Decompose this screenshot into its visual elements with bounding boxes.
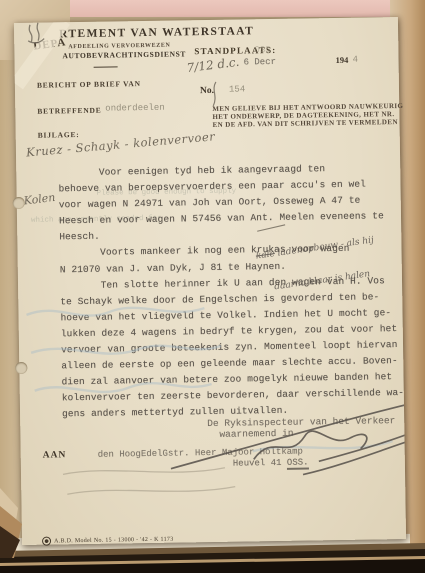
betreffende-label: BETREFFENDE (37, 106, 101, 116)
closing-line2: waarnemend in (219, 428, 293, 440)
paper-fold-crease (16, 20, 65, 85)
letterhead-rule (94, 66, 118, 67)
text-line: EN DE AFD. VAN DIT SCHRIJVEN TE VERMELDE… (212, 118, 412, 129)
aan-label: AAN (43, 450, 67, 460)
service-name: AUTOBEVRACHTINGSDIENST (62, 49, 186, 60)
punch-hole-top (13, 197, 25, 209)
closing-line1: De Ryksinspecteur van het Verkeer (207, 415, 395, 429)
bericht-op-brief-label: BERICHT OP BRIEF VAN (37, 79, 141, 90)
scanned-letter-scene: DEPA RTEMENT VAN WATERSTAAT AFDEELING VE… (0, 0, 425, 573)
paper-stack-bottom (0, 543, 425, 573)
punch-hole-bottom (15, 362, 27, 374)
typed-year-digit: 4 (352, 55, 358, 65)
margin-note-kolen: Kolen (23, 191, 56, 208)
printed-year: 194 (335, 55, 348, 65)
recipient-address: Heuvel 41 OSS. (233, 457, 309, 468)
standplaats-value: OSS (254, 45, 270, 55)
handwritten-date: 7/12 d.c. (186, 55, 240, 75)
number-value: 154 (229, 84, 245, 94)
recipient-street: Heuvel 41 (233, 458, 282, 469)
bleedthrough-pencil-script (63, 468, 235, 495)
bijlage-label: BIJLAGE: (38, 130, 80, 140)
letter-body: Voor eenigen tyd heb ik aangevraagd tenb… (58, 160, 404, 423)
department-name: RTEMENT VAN WATERSTAAT (59, 25, 254, 40)
paper-stack-corner (0, 478, 60, 558)
letter-sheet: DEPA RTEMENT VAN WATERSTAAT AFDEELING VE… (14, 17, 406, 545)
betreffende-value: onderdeelen (105, 103, 165, 114)
number-label: No. (200, 86, 214, 96)
typed-date: 6 Decr (243, 57, 276, 68)
backdrop-pink-sheet (46, 0, 425, 17)
reply-notice: MEN GELIEVE BIJ HET ANTWOORD NAUWKEURIGH… (212, 102, 412, 129)
recipient-city: OSS. (287, 457, 309, 469)
